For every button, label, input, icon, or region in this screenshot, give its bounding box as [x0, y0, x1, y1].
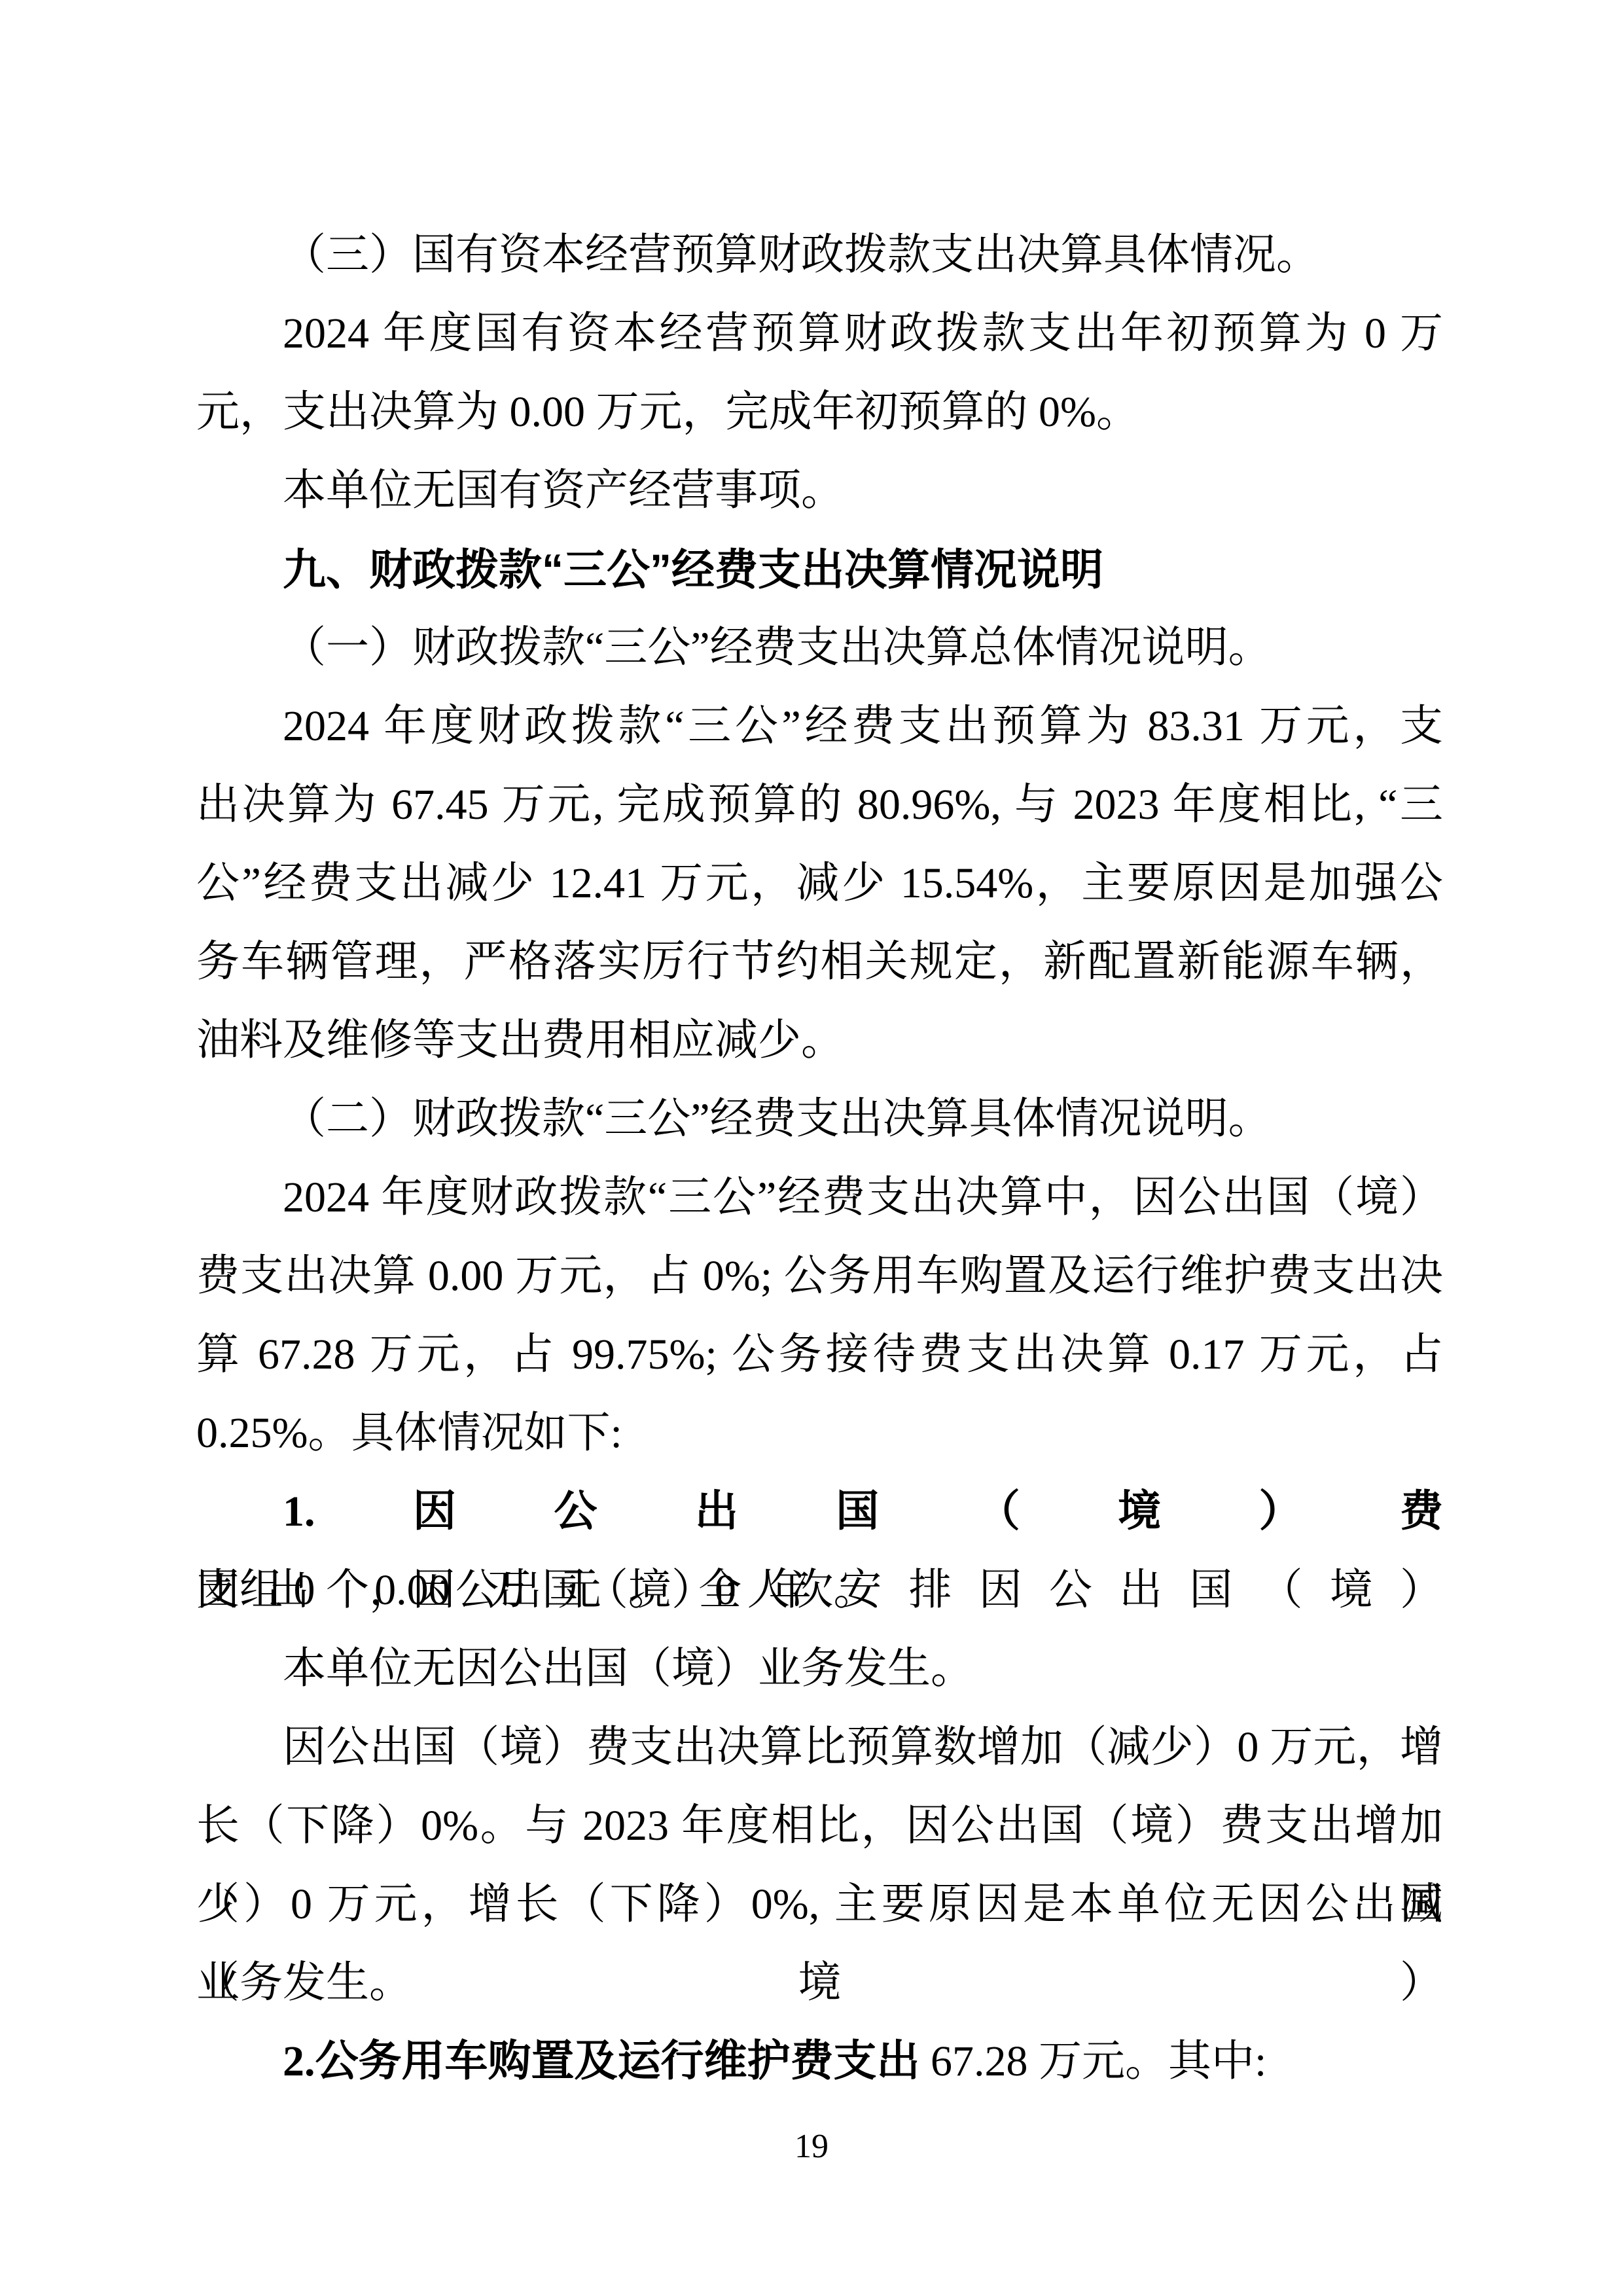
line-text: 67.28 万元。其中:: [920, 2037, 1267, 2085]
page-content: （三）国有资本经营预算财政拨款支出决算具体情况。 2024 年度国有资本经营预算…: [196, 216, 1443, 2101]
text-line: 0.25%。具体情况如下:: [196, 1394, 1443, 1473]
page-footer: 19: [0, 2127, 1623, 2166]
page-number: 19: [794, 2128, 829, 2165]
text-line: （二）财政拨款“三公”经费支出决算具体情况说明。: [196, 1080, 1443, 1158]
line-bold-text: 2.公务用车购置及运行维护费支出: [283, 2037, 920, 2085]
text-line: 2024 年度国有资本经营预算财政拨款支出年初预算为 0 万: [196, 295, 1443, 373]
text-line: 公”经费支出减少 12.41 万元，减少 15.54%，主要原因是加强公: [196, 844, 1443, 923]
text-line: （三）国有资本经营预算财政拨款支出决算具体情况。: [196, 216, 1443, 295]
text-line: 算 67.28 万元，占 99.75%; 公务接待费支出决算 0.17 万元，占: [196, 1316, 1443, 1394]
line-bold-text: 1.因公出国（境）费: [283, 1488, 1443, 1535]
text-line: 油料及维修等支出费用相应减少。: [196, 1001, 1443, 1080]
section-heading: 九、财政拨款“三公”经费支出决算情况说明: [196, 530, 1443, 609]
text-line: 本单位无国有资产经营事项。: [196, 452, 1443, 530]
text-line: 1.因公出国（境）费支出 0.00 万元。全年安排因公出国（境）: [196, 1473, 1443, 1551]
document-page: （三）国有资本经营预算财政拨款支出决算具体情况。 2024 年度国有资本经营预算…: [0, 0, 1623, 2296]
text-line: 费支出决算 0.00 万元，占 0%; 公务用车购置及运行维护费支出决: [196, 1237, 1443, 1316]
text-line: 因公出国（境）费支出决算比预算数增加（减少）0 万元，增: [196, 1708, 1443, 1787]
text-line: 长（下降）0%。与 2023 年度相比，因公出国（境）费支出增加（减: [196, 1787, 1443, 1865]
text-line: 出决算为 67.45 万元, 完成预算的 80.96%, 与 2023 年度相比…: [196, 766, 1443, 844]
text-line: （一）财政拨款“三公”经费支出决算总体情况说明。: [196, 609, 1443, 687]
text-line: 少）0 万元，增长（下降）0%, 主要原因是本单位无因公出国（境）: [196, 1865, 1443, 1944]
text-line: 元，支出决算为 0.00 万元，完成年初预算的 0%。: [196, 373, 1443, 452]
text-line: 务车辆管理，严格落实厉行节约相关规定，新配置新能源车辆，: [196, 923, 1443, 1001]
text-line: 2024 年度财政拨款“三公”经费支出决算中，因公出国（境）: [196, 1158, 1443, 1237]
text-line: 本单位无因公出国（境）业务发生。: [196, 1630, 1443, 1708]
text-line: 2.公务用车购置及运行维护费支出 67.28 万元。其中:: [196, 2022, 1443, 2101]
text-line: 2024 年度财政拨款“三公”经费支出预算为 83.31 万元，支: [196, 687, 1443, 766]
